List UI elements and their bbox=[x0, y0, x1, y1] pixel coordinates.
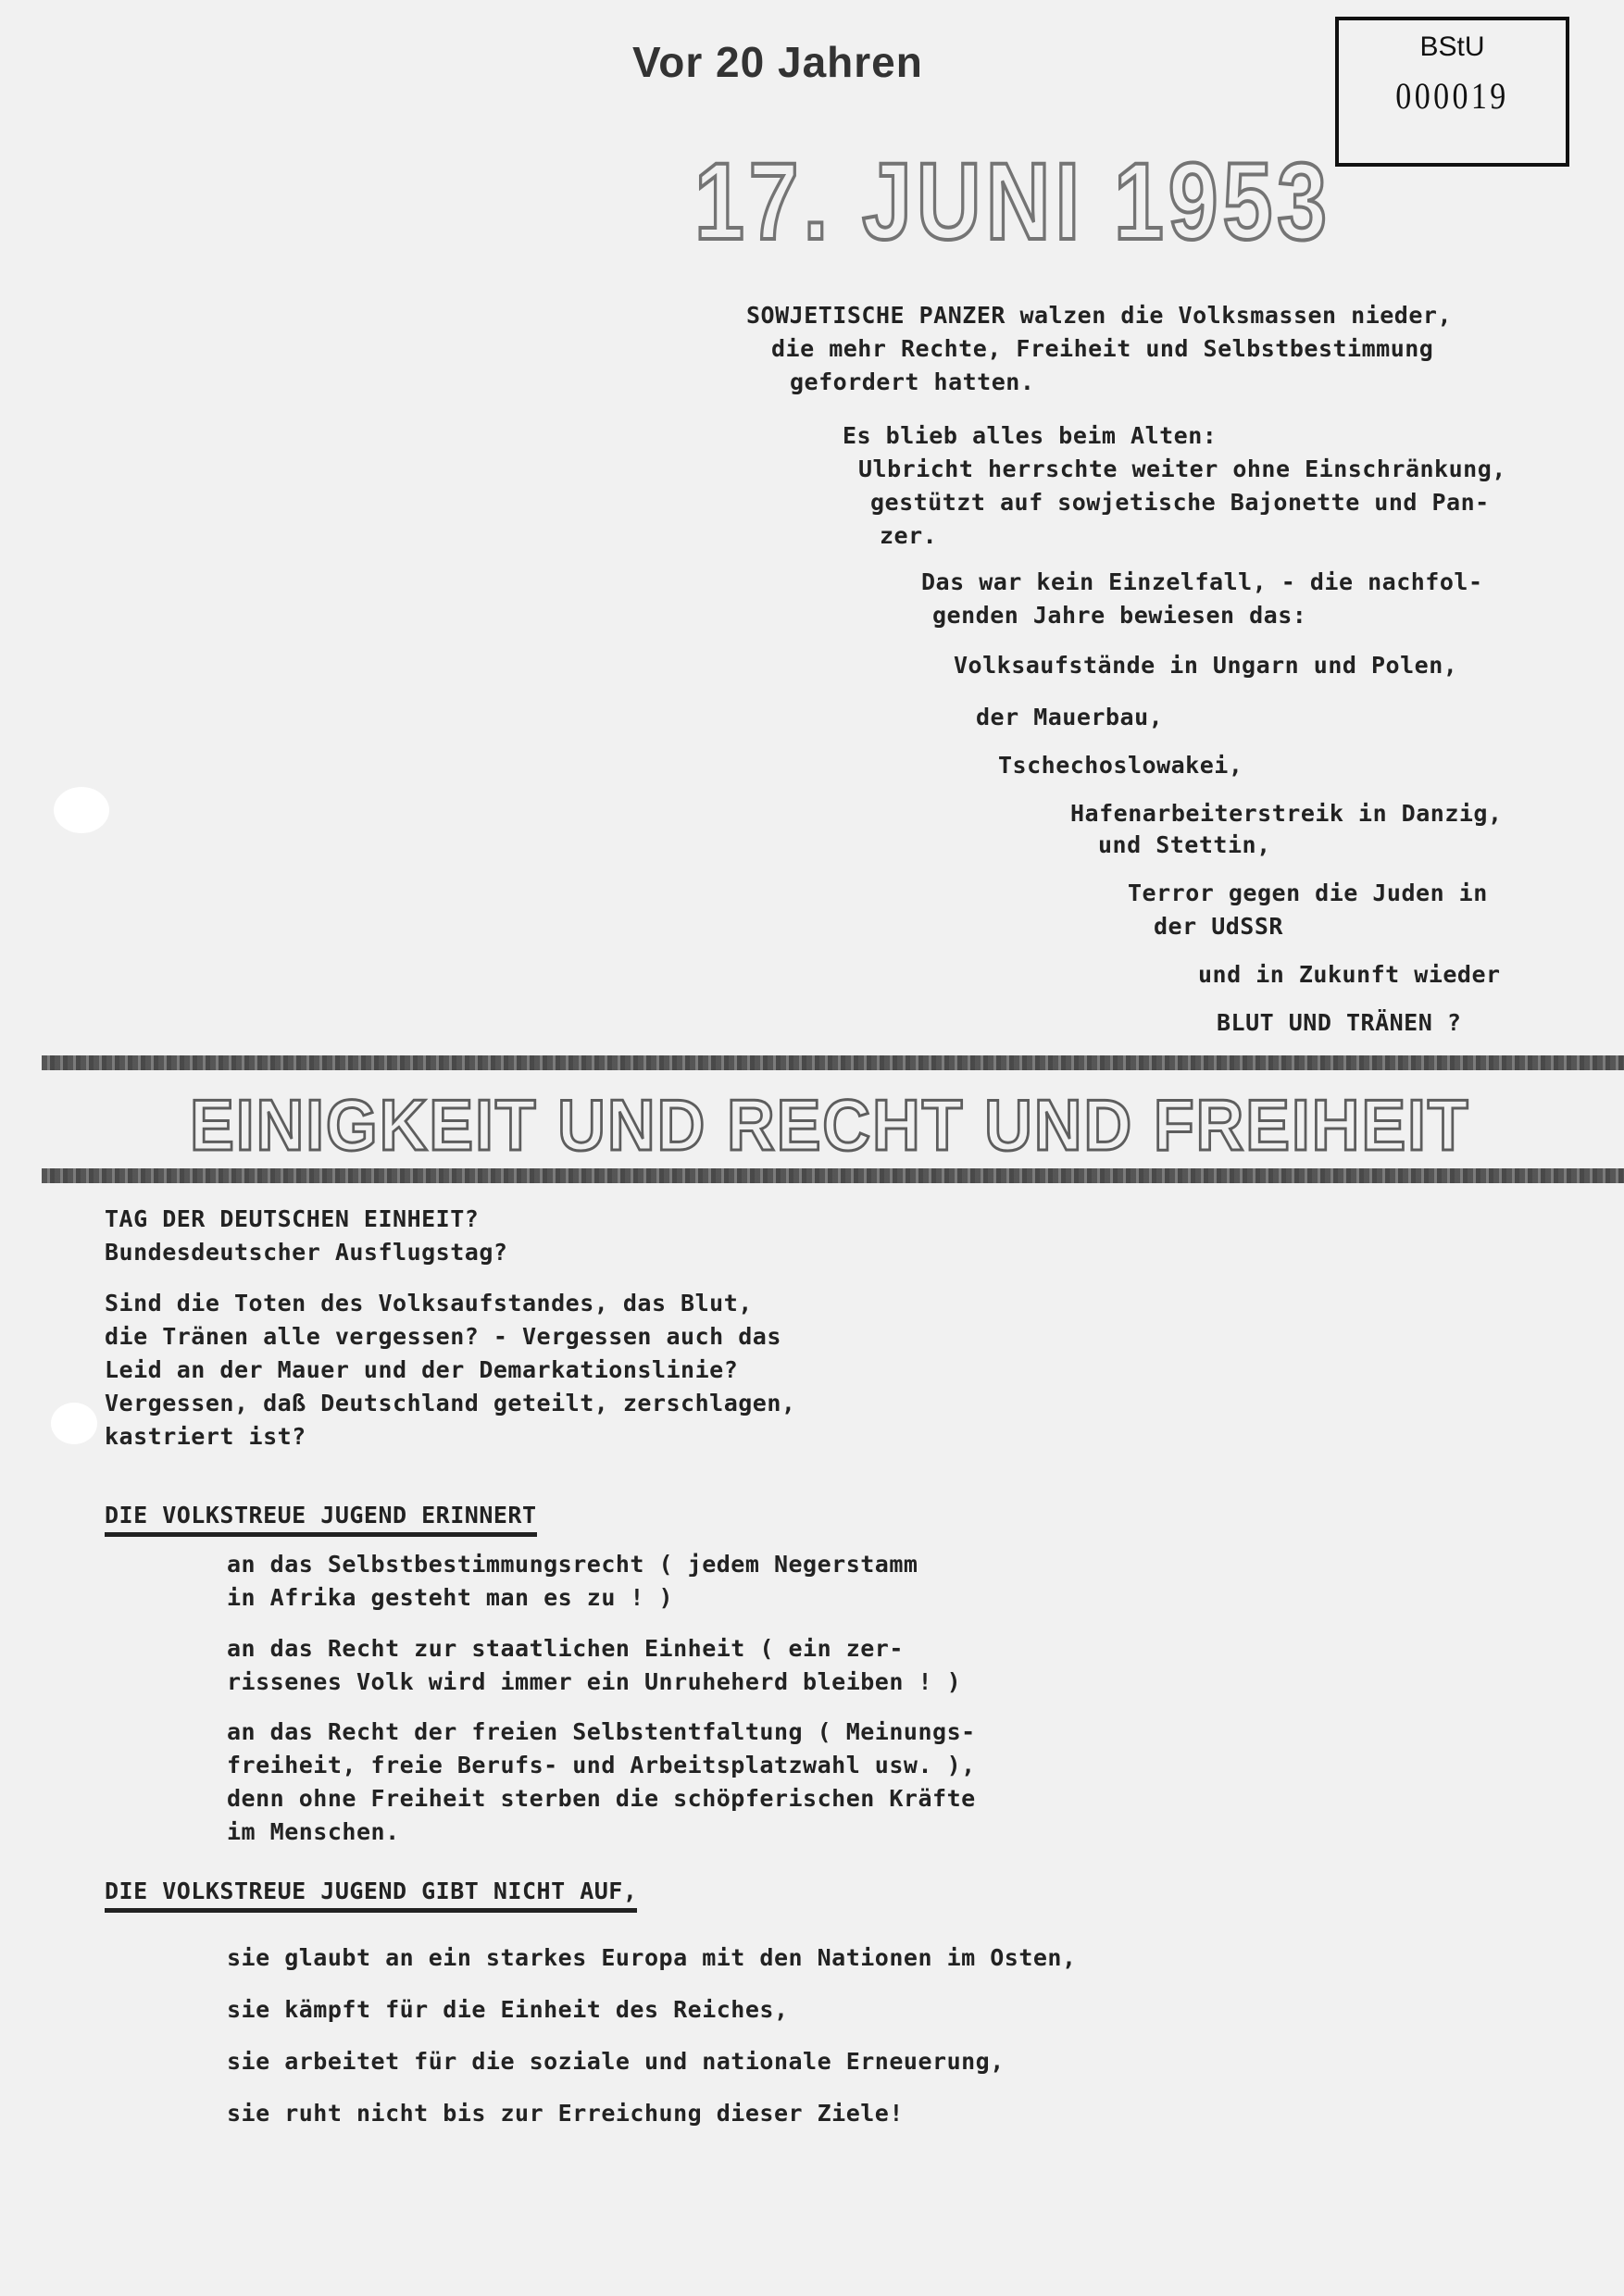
text-line: Das war kein Einzelfall, - die nachfol- bbox=[921, 568, 1483, 595]
text-line: freiheit, freie Berufs- und Arbeitsplatz… bbox=[227, 1752, 976, 1778]
text-line: BLUT UND TRÄNEN ? bbox=[1217, 1009, 1461, 1036]
text-line: der UdSSR bbox=[1154, 913, 1283, 940]
text-line: Vergessen, daß Deutschland geteilt, zers… bbox=[105, 1390, 795, 1416]
banner-title: EINIGKEIT UND RECHT UND FREIHEIT bbox=[190, 1083, 1469, 1167]
banner-rule-top bbox=[42, 1055, 1624, 1070]
text-line: TAG DER DEUTSCHEN EINHEIT? bbox=[105, 1205, 479, 1232]
date-title: 17. JUNI 1953 bbox=[694, 139, 1331, 265]
text-line: in Afrika gesteht man es zu ! ) bbox=[227, 1584, 673, 1611]
text-line: und Stettin, bbox=[1098, 831, 1271, 858]
text-line: Volksaufstände in Ungarn und Polen, bbox=[954, 652, 1457, 679]
text-line: Ulbricht herrschte weiter ohne Einschrän… bbox=[858, 455, 1506, 482]
archive-stamp-number: 000019 bbox=[1355, 74, 1548, 118]
text-line: Terror gegen die Juden in bbox=[1128, 880, 1488, 906]
paper-smudge bbox=[51, 1403, 97, 1444]
text-line: an das Recht zur staatlichen Einheit ( e… bbox=[227, 1635, 904, 1662]
text-line: Leid an der Mauer und der Demarkationsli… bbox=[105, 1356, 738, 1383]
text-line: die mehr Rechte, Freiheit und Selbstbest… bbox=[771, 335, 1433, 362]
archive-stamp: BStU 000019 bbox=[1335, 17, 1569, 167]
subtitle: Vor 20 Jahren bbox=[632, 37, 923, 87]
text-line: an das Recht der freien Selbstentfaltung… bbox=[227, 1718, 976, 1745]
text-line: Es blieb alles beim Alten: bbox=[843, 422, 1217, 449]
banner-rule-bottom bbox=[42, 1168, 1624, 1183]
section-heading-gives-up: DIE VOLKSTREUE JUGEND GIBT NICHT AUF, bbox=[105, 1878, 637, 1913]
text-line: sie ruht nicht bis zur Erreichung dieser… bbox=[227, 2100, 904, 2127]
text-line: sie kämpft für die Einheit des Reiches, bbox=[227, 1996, 789, 2023]
text-line: denn ohne Freiheit sterben die schöpferi… bbox=[227, 1785, 976, 1812]
text-line: zer. bbox=[880, 522, 937, 549]
text-line: sie glaubt an ein starkes Europa mit den… bbox=[227, 1944, 1077, 1971]
text-line: Bundesdeutscher Ausflugstag? bbox=[105, 1239, 507, 1266]
text-line: gestützt auf sowjetische Bajonette und P… bbox=[870, 489, 1490, 516]
text-line: Tschechoslowakei, bbox=[998, 752, 1243, 779]
text-line: gefordert hatten. bbox=[790, 368, 1034, 395]
text-line: SOWJETISCHE PANZER walzen die Volksmasse… bbox=[746, 302, 1452, 329]
text-line: genden Jahre bewiesen das: bbox=[932, 602, 1306, 629]
text-line: an das Selbstbestimmungsrecht ( jedem Ne… bbox=[227, 1551, 918, 1578]
text-line: sie arbeitet für die soziale und nationa… bbox=[227, 2048, 1005, 2075]
text-line: rissenes Volk wird immer ein Unruheherd … bbox=[227, 1668, 961, 1695]
text-line: Sind die Toten des Volksaufstandes, das … bbox=[105, 1290, 753, 1316]
archive-stamp-label: BStU bbox=[1339, 31, 1566, 63]
text-line: die Tränen alle vergessen? - Vergessen a… bbox=[105, 1323, 781, 1350]
text-line: und in Zukunft wieder bbox=[1198, 961, 1501, 988]
text-line: der Mauerbau, bbox=[976, 704, 1163, 730]
section-heading-remembers: DIE VOLKSTREUE JUGEND ERINNERT bbox=[105, 1502, 537, 1537]
text-line: im Menschen. bbox=[227, 1818, 400, 1845]
paper-smudge bbox=[54, 787, 109, 833]
text-line: kastriert ist? bbox=[105, 1423, 306, 1450]
text-line: Hafenarbeiterstreik in Danzig, bbox=[1070, 800, 1503, 827]
